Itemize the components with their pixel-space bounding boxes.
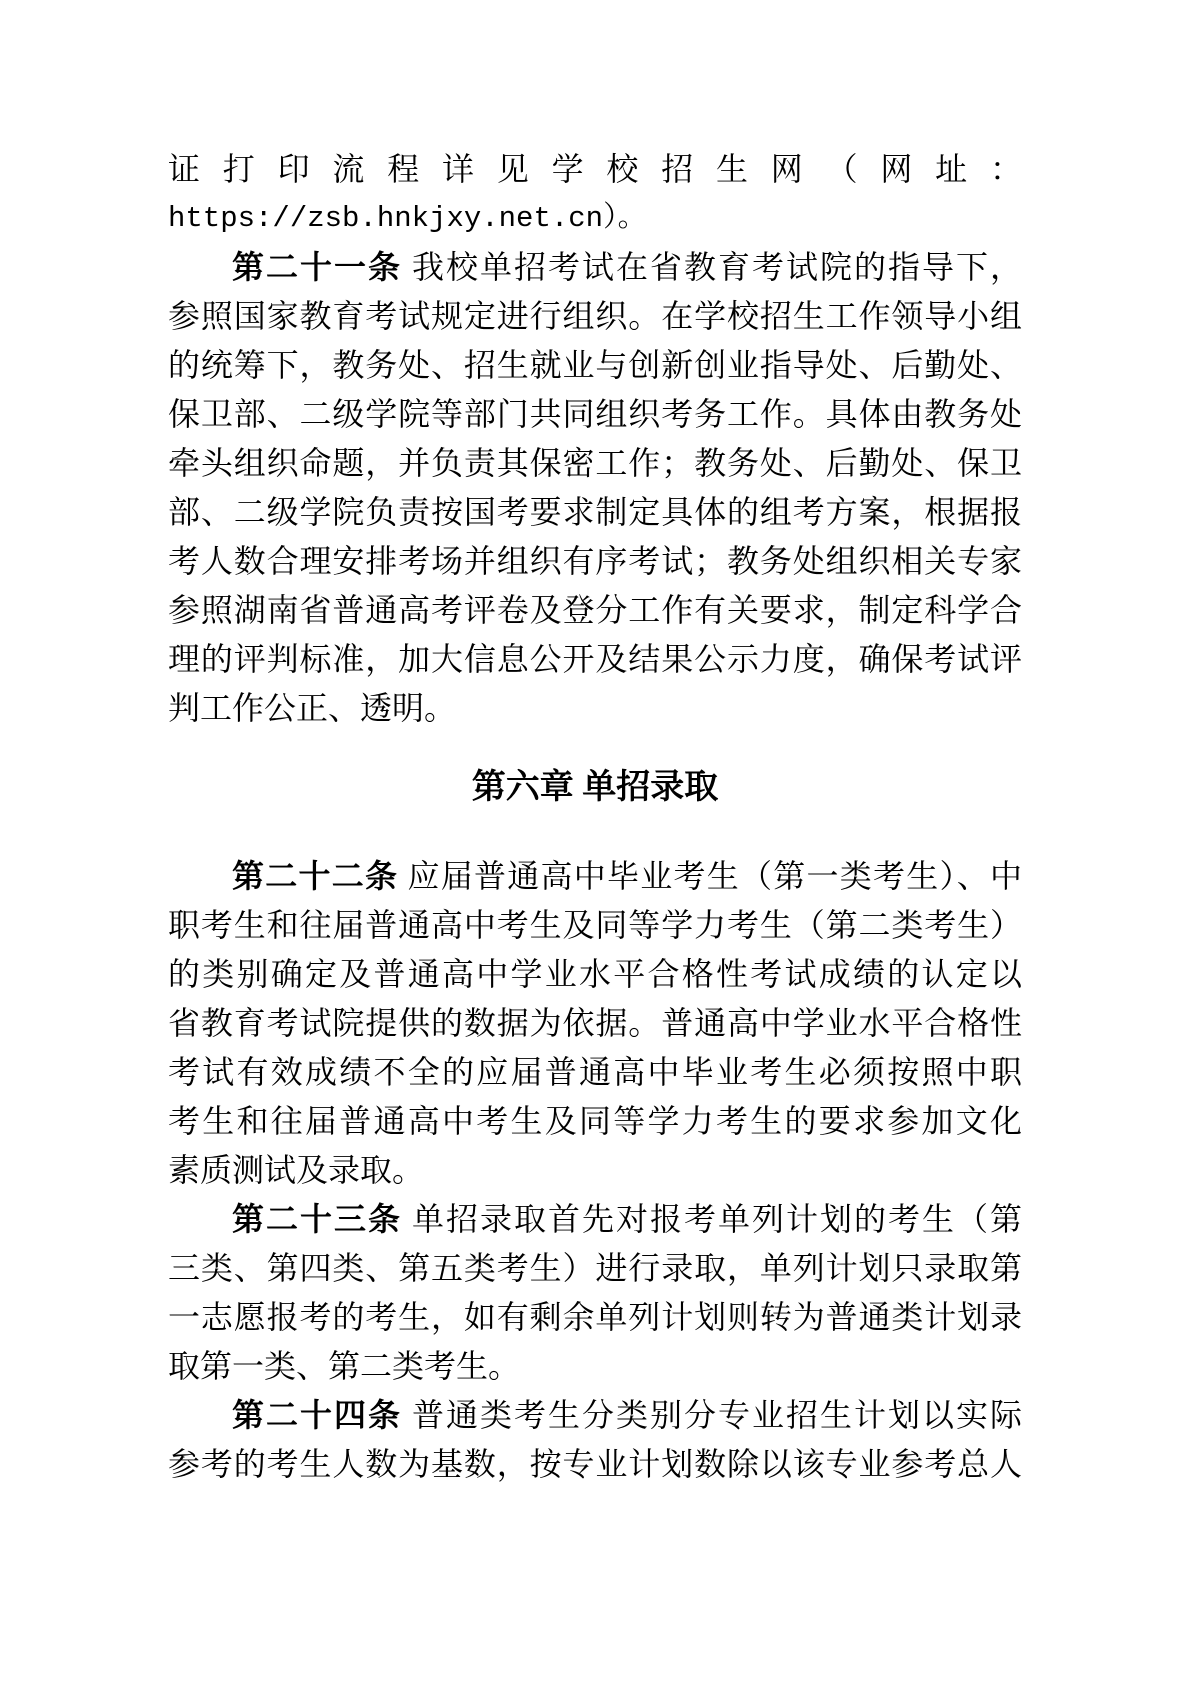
doc-line: 三类、第四类、第五类考生）进行录取，单列计划只录取第 (168, 1244, 1022, 1293)
doc-line: 考生和往届普通高中考生及同等学力考生的要求参加文化 (168, 1097, 1022, 1146)
doc-line: 保卫部、二级学院等部门共同组织考务工作。具体由教务处 (168, 390, 1022, 439)
document-page: 证打印流程详见学校招生网（网址： https://zsb.hnkjxy.net.… (0, 0, 1191, 1684)
doc-line: 省教育考试院提供的数据为依据。普通高中学业水平合格性 (168, 999, 1022, 1048)
doc-line: 职考生和往届普通高中考生及同等学力考生（第二类考生） (168, 901, 1022, 950)
doc-line: 第二十一条 我校单招考试在省教育考试院的指导下， (168, 243, 1022, 292)
article-24-number: 第二十四条 (232, 1397, 402, 1433)
paragraph-article-21: 第二十一条 我校单招考试在省教育考试院的指导下， 参照国家教育考试规定进行组织。… (168, 243, 1022, 733)
doc-line-text: 普通类考生分类别分专业招生计划以实际 (402, 1397, 1022, 1433)
chapter-6-heading: 第六章 单招录取 (168, 763, 1022, 812)
paragraph-article-22: 第二十二条 应届普通高中毕业考生（第一类考生）、中 职考生和往届普通高中考生及同… (168, 852, 1022, 1195)
article-22-number: 第二十二条 (232, 858, 398, 894)
url-text: https://zsb.hnkjxy.net.cn）。 (168, 194, 1022, 243)
doc-line: 参照国家教育考试规定进行组织。在学校招生工作领导小组 (168, 292, 1022, 341)
doc-line: 部、二级学院负责按国考要求制定具体的组考方案，根据报 (168, 488, 1022, 537)
doc-line-text: 我校单招考试在省教育考试院的指导下， (402, 249, 1022, 285)
article-23-number: 第二十三条 (232, 1201, 402, 1237)
doc-line-text: 应届普通高中毕业考生（第一类考生）、中 (398, 858, 1022, 894)
doc-line-text: 单招录取首先对报考单列计划的考生（第 (402, 1201, 1022, 1237)
doc-line: 理的评判标准，加大信息公开及结果公示力度，确保考试评 (168, 635, 1022, 684)
paragraph-continuation: 证打印流程详见学校招生网（网址： https://zsb.hnkjxy.net.… (168, 145, 1022, 243)
article-21-number: 第二十一条 (232, 249, 402, 285)
doc-line: 考人数合理安排考场并组织有序考试；教务处组织相关专家 (168, 537, 1022, 586)
doc-line: 的类别确定及普通高中学业水平合格性考试成绩的认定以 (168, 950, 1022, 999)
doc-line: 第二十二条 应届普通高中毕业考生（第一类考生）、中 (168, 852, 1022, 901)
paragraph-article-24: 第二十四条 普通类考生分类别分专业招生计划以实际 参考的考生人数为基数，按专业计… (168, 1391, 1022, 1489)
doc-line: 素质测试及录取。 (168, 1146, 1022, 1195)
doc-line: 的统筹下，教务处、招生就业与创新创业指导处、后勤处、 (168, 341, 1022, 390)
doc-line: 证打印流程详见学校招生网（网址： (168, 145, 1022, 194)
doc-line: 判工作公正、透明。 (168, 684, 1022, 733)
doc-line: 一志愿报考的考生，如有剩余单列计划则转为普通类计划录 (168, 1293, 1022, 1342)
doc-line: 取第一类、第二类考生。 (168, 1342, 1022, 1391)
doc-line: 考试有效成绩不全的应届普通高中毕业考生必须按照中职 (168, 1048, 1022, 1097)
doc-line: 参照湖南省普通高考评卷及登分工作有关要求，制定科学合 (168, 586, 1022, 635)
paragraph-article-23: 第二十三条 单招录取首先对报考单列计划的考生（第 三类、第四类、第五类考生）进行… (168, 1195, 1022, 1391)
doc-line: 第二十四条 普通类考生分类别分专业招生计划以实际 (168, 1391, 1022, 1440)
doc-line: 参考的考生人数为基数，按专业计划数除以该专业参考总人 (168, 1440, 1022, 1489)
doc-line: 牵头组织命题，并负责其保密工作；教务处、后勤处、保卫 (168, 439, 1022, 488)
doc-line: 第二十三条 单招录取首先对报考单列计划的考生（第 (168, 1195, 1022, 1244)
